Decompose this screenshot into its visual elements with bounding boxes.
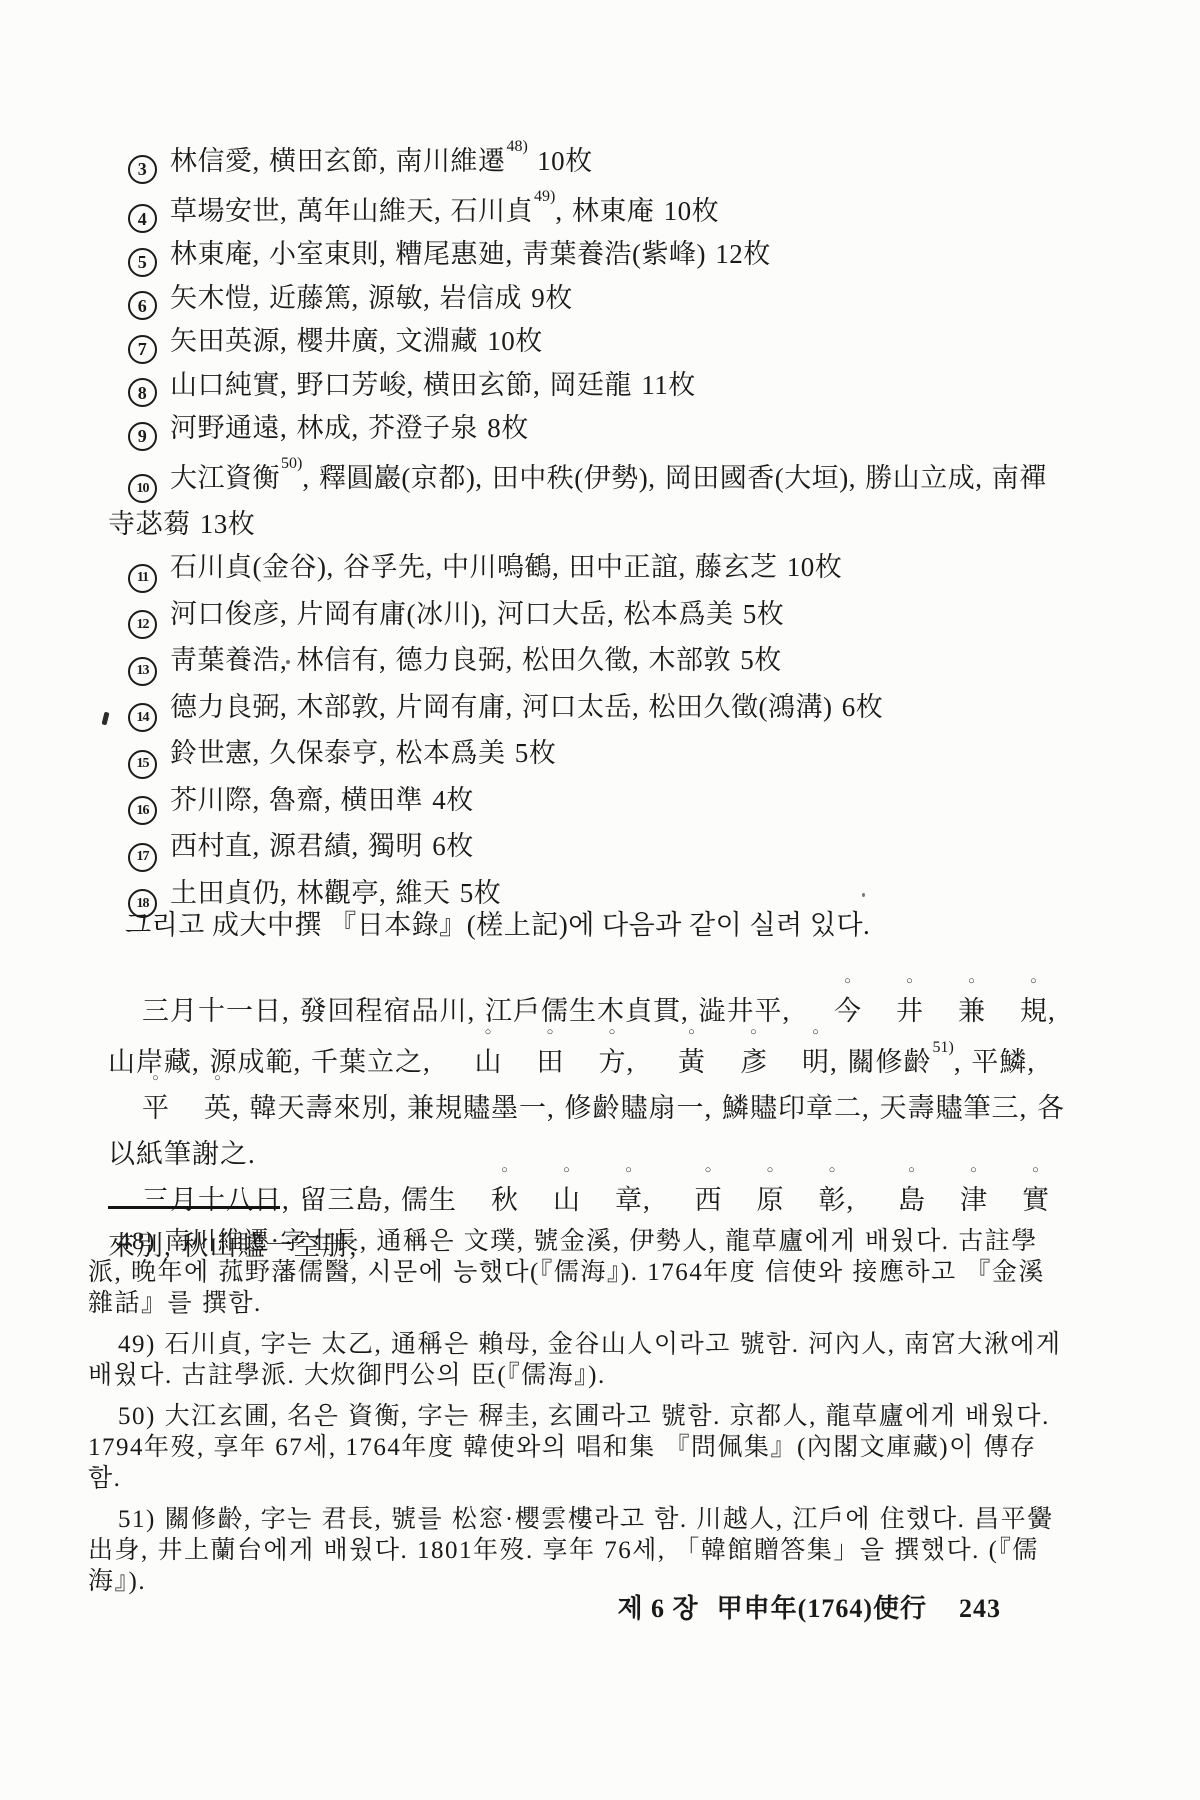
list-item: 16芥川際, 魯齋, 横田準 4枚 [108, 779, 1066, 826]
scanned-page: 3林信愛, 横田玄節, 南川維遷48) 10枚4草場安世, 萬年山維天, 石川貞… [0, 0, 1200, 1800]
list-item: 3林信愛, 横田玄節, 南川維遷48) 10枚 [108, 134, 1066, 184]
emphasis-marked-char: 方 [565, 1039, 627, 1085]
list-item: 15鈴世憲, 久保泰亨, 松本爲美 5枚 [108, 732, 1066, 779]
emphasis-marked-char: 實 [988, 1177, 1050, 1223]
emphasis-marked-char: 西 [661, 1177, 723, 1223]
emphasis-marked-char: 兼 [924, 988, 986, 1034]
list-item: 12河口俊彦, 片岡有庸(冰川), 河口大岳, 松本爲美 5枚 [108, 593, 1066, 640]
circled-number: 11 [128, 564, 157, 593]
list-item: 14德力良弼, 木部敦, 片岡有庸, 河口太岳, 松田久徵(鴻溝) 6枚 [108, 686, 1066, 733]
footnote: 50) 大江玄圃, 名은 資衡, 字는 稺圭, 玄圃라고 號함. 京都人, 龍草… [88, 1401, 1066, 1494]
list-item: 10大江資衡50), 釋圓巖(京都), 田中秩(伊勢), 岡田國香(大垣), 勝… [108, 451, 1066, 547]
emphasis-marked-char: 井 [862, 988, 924, 1034]
emphasis-marked-char: 英 [170, 1085, 232, 1131]
emphasis-marked-char: 島 [864, 1177, 926, 1223]
circled-number: 5 [128, 248, 157, 277]
chapter-title: 甲申年(1764)使行 [717, 1594, 927, 1623]
emphasis-marked-char: 山 [519, 1177, 581, 1223]
circled-number: 14 [128, 703, 157, 732]
list-item: 6矢木愷, 近藤篤, 源敏, 岩信成 9枚 [108, 277, 1066, 321]
page-number: 243 [959, 1594, 1001, 1623]
footnote-ref: 49) [534, 188, 555, 205]
footnote: 51) 關修齡, 字는 君長, 號를 松窓·櫻雲樓라고 함. 川越人, 江戶에 … [88, 1504, 1066, 1597]
footnote-separator [108, 1206, 280, 1209]
circled-number: 8 [128, 378, 157, 407]
list-item: 9河野通遠, 林成, 芥澄子泉 8枚 [108, 407, 1066, 451]
emphasis-marked-char: 山 [441, 1039, 503, 1085]
circled-number: 10 [128, 474, 157, 503]
passage-paragraph: 三月十一日, 發回程宿品川, 江戶儒生木貞貫, 澁井平, 今井兼規, 山岸藏, … [108, 988, 1066, 1177]
circled-number: 12 [128, 610, 157, 639]
emphasis-marked-char: 平 [108, 1085, 170, 1131]
circled-number: 6 [128, 291, 157, 320]
list-item: 17西村直, 源君績, 獨明 6枚 [108, 825, 1066, 872]
emphasis-marked-char: 明 [768, 1039, 830, 1085]
emphasis-marked-char: 彥 [706, 1039, 768, 1085]
circled-number: 7 [128, 335, 157, 364]
scan-artifact [286, 660, 290, 664]
emphasis-marked-char: 彰 [785, 1177, 847, 1223]
intro-paragraph: 그리고 成大中撰 『日本錄』(槎上記)에 다음과 같이 실려 있다. [108, 904, 1066, 947]
list-item: 4草場安世, 萬年山維天, 石川貞49), 林東庵 10枚 [108, 184, 1066, 234]
circled-number: 15 [128, 750, 157, 779]
emphasis-marked-char: 秋 [457, 1177, 519, 1223]
chapter-label: 제 6 장 [617, 1594, 698, 1623]
circled-number: 9 [128, 422, 157, 451]
emphasis-marked-char: 章 [581, 1177, 643, 1223]
emphasis-marked-char: 規 [986, 988, 1048, 1034]
footnote: 48) 南川維遷·字士長, 通稱은 文璞, 號金溪, 伊勢人, 龍草廬에게 배웠… [88, 1226, 1066, 1319]
footnote-ref: 51) [933, 1039, 954, 1056]
circled-number: 3 [128, 155, 157, 184]
circled-number: 16 [128, 796, 157, 825]
footnotes-section: 48) 南川維遷·字士長, 通稱은 文璞, 號金溪, 伊勢人, 龍草廬에게 배웠… [88, 1226, 1066, 1607]
emphasis-marked-char: 原 [723, 1177, 785, 1223]
list-item: 11石川貞(金谷), 谷孚先, 中川鳴鶴, 田中正誼, 藤玄芝 10枚 [108, 546, 1066, 593]
reception-list: 3林信愛, 横田玄節, 南川維遷48) 10枚4草場安世, 萬年山維天, 石川貞… [108, 134, 1066, 918]
list-item: 7矢田英源, 櫻井廣, 文淵藏 10枚 [108, 320, 1066, 364]
list-item: 8山口純實, 野口芳峻, 横田玄節, 岡廷龍 11枚 [108, 364, 1066, 408]
list-item: 13靑葉養浩, 林信有, 德力良弼, 松田久徵, 木部敦 5枚 [108, 639, 1066, 686]
emphasis-marked-char: 田 [503, 1039, 565, 1085]
circled-number: 17 [128, 843, 157, 872]
emphasis-marked-char: 津 [926, 1177, 988, 1223]
footnote-ref: 50) [281, 455, 302, 472]
emphasis-marked-char: 黃 [644, 1039, 706, 1085]
scan-artifact [862, 893, 865, 897]
circled-number: 13 [128, 657, 157, 686]
list-item: 5林東庵, 小室東則, 糟尾惠廸, 靑葉養浩(紫峰) 12枚 [108, 233, 1066, 277]
circled-number: 4 [128, 204, 157, 233]
footnote: 49) 石川貞, 字는 太乙, 通稱은 賴母, 金谷山人이라고 號함. 河內人,… [88, 1329, 1066, 1391]
footnote-ref: 48) [507, 138, 528, 155]
page-footer: 제 6 장甲申年(1764)使行243 [88, 1588, 1001, 1625]
